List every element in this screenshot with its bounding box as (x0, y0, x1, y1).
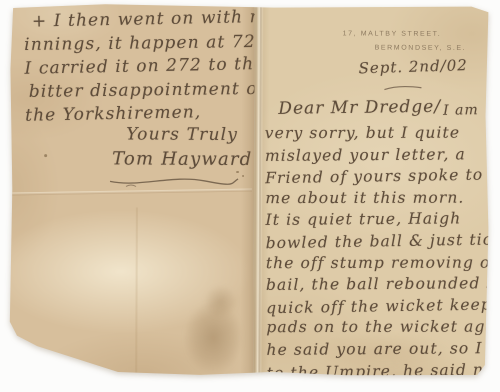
handwriting-line: very sorry, but I quite (265, 122, 500, 144)
handwriting-line: It is quiet true, Haigh (265, 208, 500, 232)
letter-closing: Yours Truly (126, 124, 238, 144)
handwriting-line: bail, the ball rebounded so (266, 273, 500, 297)
left-page-text: + I then went on with my innings, it hap… (24, 7, 251, 127)
salutation-tail: I am (443, 102, 479, 118)
letter-paper: + I then went on with my innings, it hap… (7, 2, 491, 378)
letter-photo: + I then went on with my innings, it hap… (0, 0, 500, 392)
handwriting-line: mislayed your letter, a (265, 143, 500, 167)
handwriting-line: the off stump removing one (266, 252, 500, 274)
fold-crease-horizontal (10, 188, 252, 195)
date-flourish (382, 84, 424, 94)
center-fold (240, 3, 270, 377)
letterhead-address-line1: 17, MALTBY STREET. (343, 30, 442, 37)
handwriting-line: he said you are out, so I appealed (266, 337, 500, 361)
photo-background: + I then went on with my innings, it hap… (0, 0, 500, 392)
letter-body: very sorry, but I quite mislayed your le… (265, 122, 500, 383)
handwriting-line: me about it this morn. (265, 187, 500, 209)
handwriting-line: quick off the wicket keepers (266, 293, 500, 320)
letter-left-page: + I then went on with my innings, it hap… (7, 2, 255, 377)
salutation-text: Dear Mr Dredge/ (278, 97, 441, 119)
salutation: Dear Mr Dredge/I am (278, 96, 477, 119)
handwriting-line: Friend of yours spoke to (265, 163, 500, 190)
handwriting-line: bowled the ball & just tick (265, 228, 500, 255)
letterhead-address-line2: BERMONDSEY, S.E. (375, 45, 467, 52)
letter-date: Sept. 2nd/02 (358, 56, 468, 77)
paper-speck (44, 154, 47, 157)
right-page-text: 17, MALTBY STREET. BERMONDSEY, S.E. Sept… (253, 3, 491, 378)
letter-right-page: 17, MALTBY STREET. BERMONDSEY, S.E. Sept… (253, 3, 491, 378)
signature: Tom Hayward (112, 148, 252, 170)
paper-stain (203, 285, 237, 319)
handwriting-line: to the Umpire, he said not out (267, 358, 500, 385)
handwriting-line: pads on to the wicket again, (266, 317, 500, 339)
fold-crease-vertical (135, 208, 138, 373)
signature-flourish (106, 172, 242, 189)
